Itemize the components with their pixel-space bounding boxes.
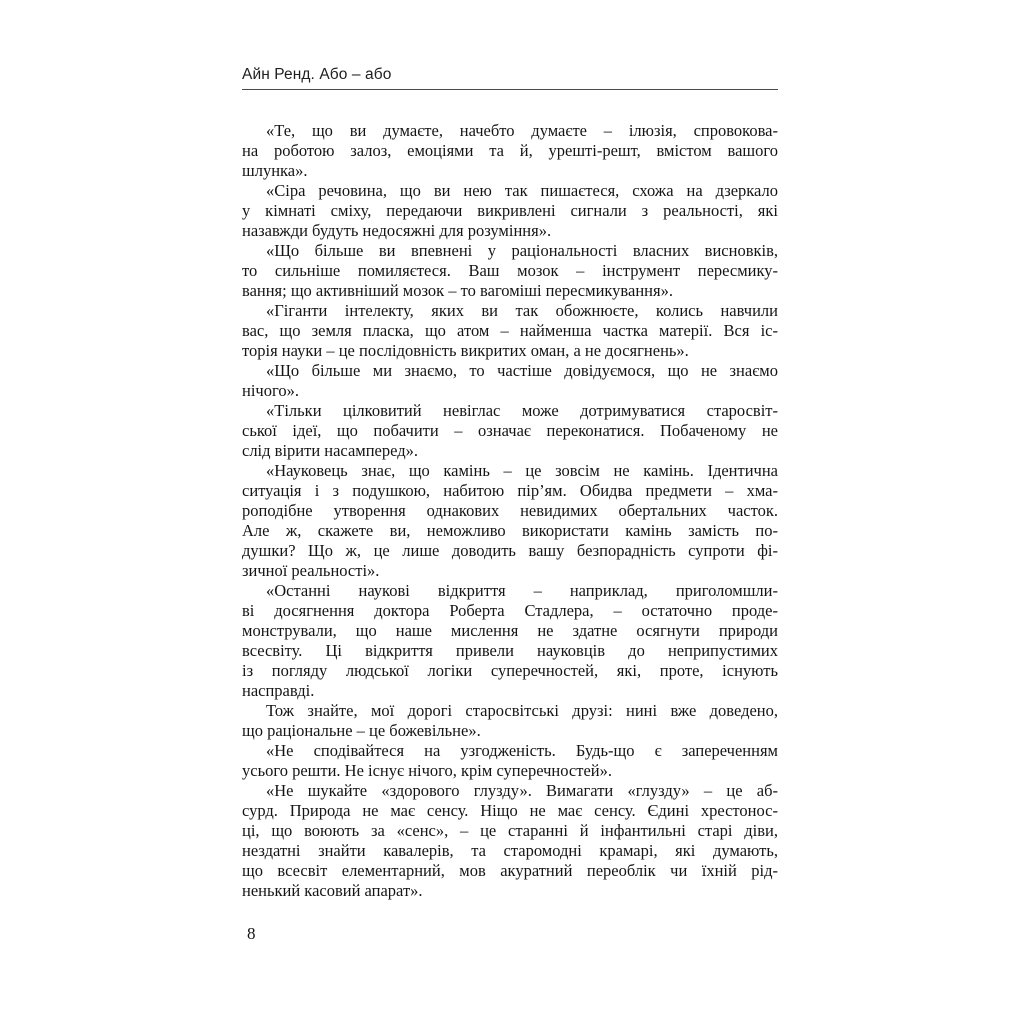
text-line: сурд. Природа не має сенсу. Ніщо не має … (242, 801, 778, 821)
page-number: 8 (247, 924, 256, 944)
body-text: «Те, що ви думаєте, начебто думаєте – іл… (242, 121, 778, 901)
text-line: слід вірити насамперед». (242, 441, 778, 461)
paragraph: «Не шукайте «здорового глузду». Вимагати… (242, 781, 778, 901)
text-line: «Не сподівайтеся на узгодженість. Будь-щ… (242, 741, 778, 761)
text-line: «Науковець знає, що камінь – це зовсім н… (242, 461, 778, 481)
text-line: монстрували, що наше мислення не здатне … (242, 621, 778, 641)
text-line: із погляду людської логіки суперечностей… (242, 661, 778, 681)
paragraph: «Що більше ви впевнені у раціональності … (242, 241, 778, 301)
text-line: «Те, що ви думаєте, начебто думаєте – іл… (242, 121, 778, 141)
text-line: Але ж, скажете ви, неможливо використати… (242, 521, 778, 541)
text-line: вання; що активніший мозок – то вагоміші… (242, 281, 778, 301)
text-block: Айн Ренд. Або – або «Те, що ви думаєте, … (242, 66, 778, 901)
paragraph: «Не сподівайтеся на узгодженість. Будь-щ… (242, 741, 778, 781)
text-line: торія науки – це послідовність викритих … (242, 341, 778, 361)
text-line: ці, що воюють за «сенс», – це старанні й… (242, 821, 778, 841)
text-line: ської ідеї, що побачити – означає переко… (242, 421, 778, 441)
text-line: «Що більше ми знаємо, то частіше довідує… (242, 361, 778, 381)
text-line: шлунка». (242, 161, 778, 181)
running-header: Айн Ренд. Або – або (242, 66, 778, 90)
text-line: роподібне утворення однакових невидимих … (242, 501, 778, 521)
text-line: Тож знайте, мої дорогі старосвітські дру… (242, 701, 778, 721)
paragraph: «Науковець знає, що камінь – це зовсім н… (242, 461, 778, 581)
text-line: «Що більше ви впевнені у раціональності … (242, 241, 778, 261)
text-line: ві досягнення доктора Роберта Стадлера, … (242, 601, 778, 621)
text-line: всесвіту. Ці відкриття привели науковців… (242, 641, 778, 661)
text-line: зичної реальності». (242, 561, 778, 581)
text-line: нездатні знайти кавалерів, та старомодні… (242, 841, 778, 861)
text-line: на роботою залоз, емоціями та й, урешті-… (242, 141, 778, 161)
paragraph: «Сіра речовина, що ви нею так пишаєтеся,… (242, 181, 778, 241)
paragraph: «Останні наукові відкриття – наприклад, … (242, 581, 778, 701)
text-line: усього решти. Не існує нічого, крім супе… (242, 761, 778, 781)
text-line: душки? Що ж, це лише доводить вашу безпо… (242, 541, 778, 561)
paragraph: «Тільки цілковитий невіглас може дотриму… (242, 401, 778, 461)
text-line: ненький касовий апарат». (242, 881, 778, 901)
text-line: нічого». (242, 381, 778, 401)
paragraph: «Гіганти інтелекту, яких ви так обожнюєт… (242, 301, 778, 361)
text-line: що раціональне – це божевільне». (242, 721, 778, 741)
text-line: у кімнаті сміху, передаючи викривлені си… (242, 201, 778, 221)
paragraph: «Що більше ми знаємо, то частіше довідує… (242, 361, 778, 401)
text-line: насправді. (242, 681, 778, 701)
text-line: «Останні наукові відкриття – наприклад, … (242, 581, 778, 601)
text-line: «Сіра речовина, що ви нею так пишаєтеся,… (242, 181, 778, 201)
paragraph: «Те, що ви думаєте, начебто думаєте – іл… (242, 121, 778, 181)
text-line: вас, що земля пласка, що атом – найменша… (242, 321, 778, 341)
paragraph: Тож знайте, мої дорогі старосвітські дру… (242, 701, 778, 741)
text-line: «Тільки цілковитий невіглас може дотриму… (242, 401, 778, 421)
text-line: «Не шукайте «здорового глузду». Вимагати… (242, 781, 778, 801)
book-page: Айн Ренд. Або – або «Те, що ви думаєте, … (0, 0, 1024, 1024)
text-line: що всесвіт елементарний, мов акуратний п… (242, 861, 778, 881)
text-line: назавжди будуть недосяжні для розуміння»… (242, 221, 778, 241)
text-line: «Гіганти інтелекту, яких ви так обожнюєт… (242, 301, 778, 321)
text-line: ситуація і з подушкою, набитою пір’ям. О… (242, 481, 778, 501)
text-line: то сильніше помиляєтеся. Ваш мозок – інс… (242, 261, 778, 281)
